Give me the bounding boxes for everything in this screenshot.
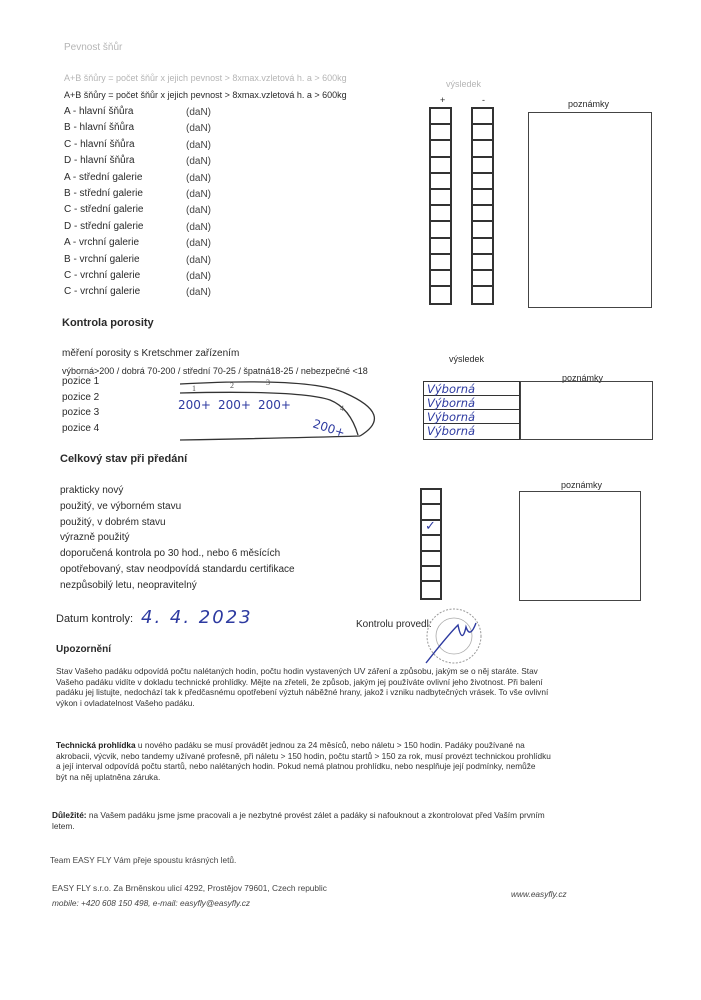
strength-row-unit: (daN) (186, 238, 211, 249)
condition-option-label: prakticky nový (60, 485, 123, 496)
strength-row-label: B - vrchní galerie (64, 254, 140, 265)
strength-row-label: D - hlavní šňůra (64, 155, 135, 166)
checkbox[interactable] (473, 158, 492, 174)
condition-notes-box[interactable] (519, 491, 641, 601)
checkbox[interactable] (473, 271, 492, 287)
strength-row-label: C - vrchní galerie (64, 286, 140, 297)
checkbox[interactable] (431, 109, 450, 125)
bold-lead: Technická prohlídka (56, 740, 136, 750)
porosity-position-label: pozice 4 (62, 423, 99, 434)
checkbox[interactable] (431, 255, 450, 271)
strength-row-unit: (daN) (186, 123, 211, 134)
checkbox[interactable] (473, 239, 492, 255)
technical-inspection-text: Technická prohlídka u nového padáku se m… (56, 740, 551, 782)
warning-title: Upozornění (56, 644, 111, 655)
formula-faint: A+B šňůry = počet šňůr x jejich pevnost … (64, 73, 347, 83)
strength-row-label: A - hlavní šňůra (64, 106, 133, 117)
condition-option-label: doporučená kontrola po 30 hod., nebo 6 m… (60, 548, 280, 559)
formula: A+B šňůry = počet šňůr x jejich pevnost … (64, 90, 347, 100)
checkbox[interactable] (473, 287, 492, 303)
condition-checkbox[interactable] (422, 552, 440, 567)
plus-label: + (440, 95, 445, 105)
checkbox[interactable] (431, 222, 450, 238)
porosity-result-label: výsledek (449, 354, 484, 364)
checkbox[interactable] (431, 125, 450, 141)
minus-label: - (482, 95, 485, 105)
checkbox[interactable] (431, 190, 450, 206)
condition-checkbox[interactable] (422, 536, 440, 551)
diagram-porosity-value: 200+ (218, 398, 251, 412)
porosity-position-label: pozice 1 (62, 376, 99, 387)
checkbox[interactable] (473, 190, 492, 206)
condition-option-label: výrazně použitý (60, 532, 129, 543)
porosity-result-cell[interactable]: Výborná (424, 424, 519, 438)
checkbox[interactable] (473, 125, 492, 141)
paragraph-line: být na něj uplatněna záruka. (56, 772, 160, 782)
paragraph-line: Vašeho padáku vidíte v dokladu technické… (56, 677, 543, 687)
strength-row-unit: (daN) (186, 107, 211, 118)
strength-row-label: C - střední galerie (64, 204, 143, 215)
strength-row-label: D - střední galerie (64, 221, 143, 232)
diagram-porosity-value: 200+ (178, 398, 211, 412)
checkbox[interactable] (473, 109, 492, 125)
checkbox[interactable] (431, 206, 450, 222)
condition-notes-label: poznámky (561, 480, 602, 490)
strength-row-label: C - vrchní galerie (64, 270, 140, 281)
strength-row-unit: (daN) (186, 287, 211, 298)
strength-row-unit: (daN) (186, 205, 211, 216)
wing-profile-diagram: 1200+2200+3200+4200+ (170, 375, 410, 445)
checkbox[interactable] (473, 222, 492, 238)
condition-option-label: použitý, ve výborném stavu (60, 501, 181, 512)
paragraph-line: padáku jej listujte, nedochází tak k pře… (56, 687, 548, 697)
condition-checkbox[interactable]: ✓ (422, 521, 440, 536)
company-contact: mobile: +420 608 150 498, e-mail: easyfl… (52, 898, 250, 908)
strength-row-unit: (daN) (186, 222, 211, 233)
checkbox[interactable] (473, 141, 492, 157)
strength-row-label: B - střední galerie (64, 188, 143, 199)
strength-row-unit: (daN) (186, 255, 211, 266)
condition-checkbox[interactable] (422, 490, 440, 505)
section-title-line-strength: Pevnost šňůr (64, 42, 122, 53)
condition-option-label: nezpůsobilý letu, neopravitelný (60, 580, 197, 591)
paragraph-line: akrobacii, výcvik, nebo tandemy užívané … (56, 751, 551, 761)
strength-row-unit: (daN) (186, 189, 211, 200)
stamp-icon (418, 605, 490, 667)
checkbox[interactable] (431, 158, 450, 174)
important-text: Důležité: na Vašem padáku jsme jsme prac… (52, 810, 545, 831)
strength-row-unit: (daN) (186, 271, 211, 282)
company-address: EASY FLY s.r.o. Za Brněnskou ulicí 4292,… (52, 883, 327, 893)
strength-row-label: B - hlavní šňůra (64, 122, 134, 133)
paragraph-line: výkon i ovladatelnost Vašeho padáku. (56, 698, 195, 708)
notes-box[interactable] (528, 112, 652, 308)
strength-row-label: C - hlavní šňůra (64, 139, 135, 150)
paragraph-line: Stav Vašeho padáku odpovídá počtu naléta… (56, 666, 538, 676)
plus-checkbox-column (429, 107, 452, 305)
porosity-position-label: pozice 2 (62, 392, 99, 403)
bold-lead: Důležité: (52, 810, 87, 820)
porosity-result-cell[interactable]: Výborná (424, 396, 519, 410)
diagram-position-number: 4 (340, 404, 344, 413)
warning-text: Stav Vašeho padáku odpovídá počtu naléta… (56, 666, 548, 708)
diagram-position-number: 2 (230, 381, 234, 390)
condition-checkbox[interactable] (422, 567, 440, 582)
company-website[interactable]: www.easyfly.cz (511, 889, 567, 899)
strength-row-unit: (daN) (186, 173, 211, 184)
checkbox[interactable] (431, 239, 450, 255)
porosity-notes-box[interactable] (520, 381, 653, 440)
strength-row-label: A - střední galerie (64, 172, 142, 183)
condition-option-label: opotřebovaný, stav neodpovídá standardu … (60, 564, 295, 575)
strength-row-unit: (daN) (186, 140, 211, 151)
checkbox[interactable] (431, 174, 450, 190)
paragraph-line: na Vašem padáku jsme jsme pracovali a je… (87, 810, 545, 820)
checkbox[interactable] (473, 206, 492, 222)
condition-checkbox[interactable] (422, 582, 440, 597)
porosity-result-cell[interactable]: Výborná (424, 410, 519, 424)
condition-checkbox-column: ✓ (420, 488, 442, 600)
porosity-result-table: VýbornáVýbornáVýbornáVýborná (423, 381, 520, 440)
porosity-method: měření porosity s Kretschmer zařízením (62, 348, 239, 359)
result-label: výsledek (446, 79, 481, 89)
diagram-position-number: 1 (192, 384, 196, 393)
minus-checkbox-column (471, 107, 494, 305)
porosity-position-label: pozice 3 (62, 407, 99, 418)
checkbox[interactable] (473, 255, 492, 271)
paragraph-line: u nového padáku se musí provádět jednou … (136, 740, 525, 750)
check-mark-icon: ✓ (425, 519, 436, 534)
strength-row-label: A - vrchní galerie (64, 237, 139, 248)
porosity-result-cell[interactable]: Výborná (424, 382, 519, 396)
section-title-condition: Celkový stav při předání (60, 453, 187, 465)
greeting: Team EASY FLY Vám přeje spoustu krásných… (50, 855, 236, 865)
date-label: Datum kontroly: (56, 613, 133, 625)
condition-option-label: použitý, v dobrém stavu (60, 517, 166, 528)
section-title-porosity: Kontrola porosity (62, 317, 154, 329)
checkbox[interactable] (431, 287, 450, 303)
strength-row-unit: (daN) (186, 156, 211, 167)
paragraph-line: a její interval odpovídá počtu startů, n… (56, 761, 536, 771)
diagram-position-number: 3 (266, 378, 270, 387)
checkbox[interactable] (431, 141, 450, 157)
paragraph-line: letem. (52, 821, 75, 831)
date-value[interactable]: 4. 4. 2023 (141, 607, 253, 628)
checkbox[interactable] (431, 271, 450, 287)
checkbox[interactable] (473, 174, 492, 190)
notes-label: poznámky (568, 99, 609, 109)
diagram-porosity-value: 200+ (258, 398, 291, 412)
